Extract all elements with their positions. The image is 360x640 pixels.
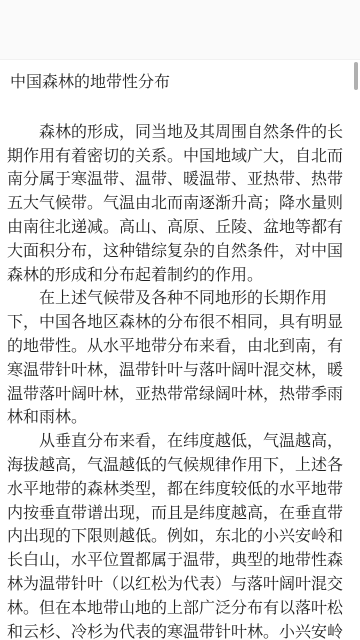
top-bar (0, 0, 360, 60)
scrollbar-thumb[interactable] (354, 62, 358, 90)
page-title: 中国森林的地带性分布 (10, 71, 353, 95)
paragraph: 从垂直分布来看，在纬度越低，气温越高，海拔越高，气温越低的气候规律作用下，上述各… (7, 430, 353, 640)
paragraph: 在上述气候带及各种不同地形的长期作用下，中国各地区森林的分布很不相同，具有明显的… (7, 287, 353, 430)
reader-content[interactable]: 中国森林的地带性分布 森林的形成，同当地及其周围自然条件的长期作用有着密切的关系… (0, 60, 360, 640)
reader-screen: 中国森林的地带性分布 森林的形成，同当地及其周围自然条件的长期作用有着密切的关系… (0, 0, 360, 640)
paragraph: 森林的形成，同当地及其周围自然条件的长期作用有着密切的关系。中国地域广大，自北而… (7, 121, 353, 288)
